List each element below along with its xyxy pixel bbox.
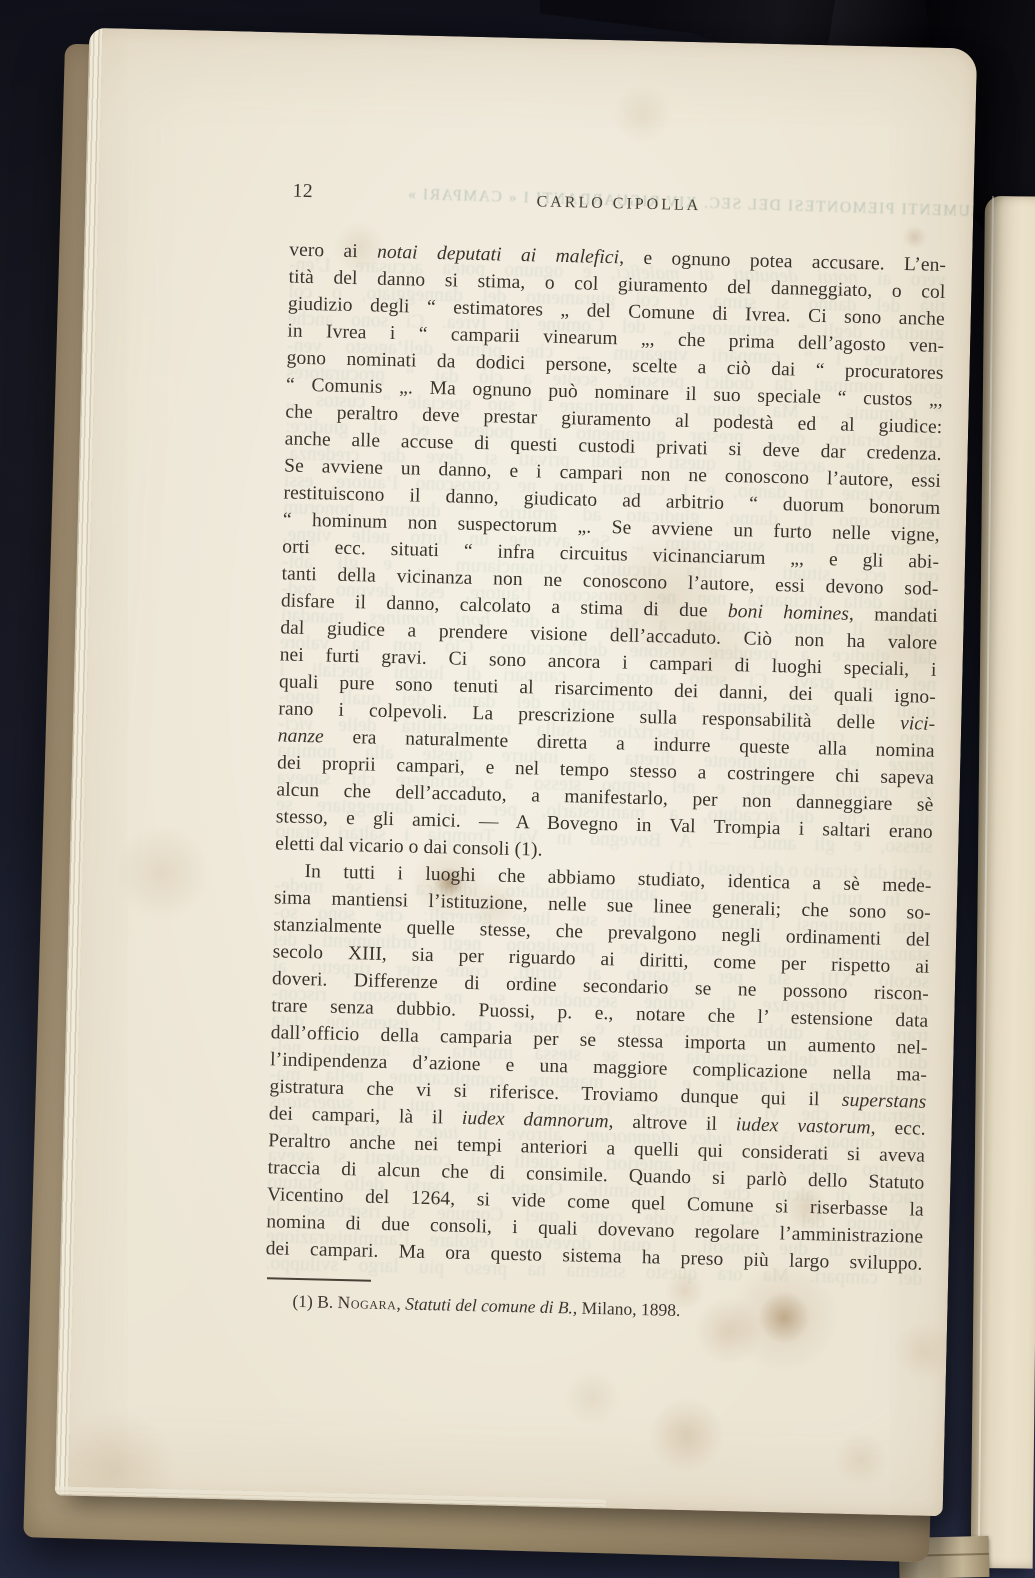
footnote-text: (1) B. Nogara, Statuti del comune di B.,… [264, 1290, 921, 1326]
body-text: vero ai notai deputati ai malefici, e og… [265, 237, 946, 1278]
page-text-block: 12 CARLO CIPOLLA vero ai notai deputati … [264, 179, 948, 1327]
footnote-separator-rule [267, 1277, 371, 1281]
adjacent-page-edge [971, 196, 1035, 1569]
body-wrap: vero ai notai deputati ai malefici, e og… [265, 237, 946, 1278]
book-page: DOCUMENTI PIEMONTESI DEL SEC. XIV RIGUAR… [55, 28, 977, 1517]
book-photo-scene: DOCUMENTI PIEMONTESI DEL SEC. XIV RIGUAR… [0, 0, 1035, 1578]
running-header: CARLO CIPOLLA [290, 188, 947, 221]
page-header-row: 12 CARLO CIPOLLA [290, 179, 948, 234]
adjacent-page-fold-line [978, 196, 994, 1568]
